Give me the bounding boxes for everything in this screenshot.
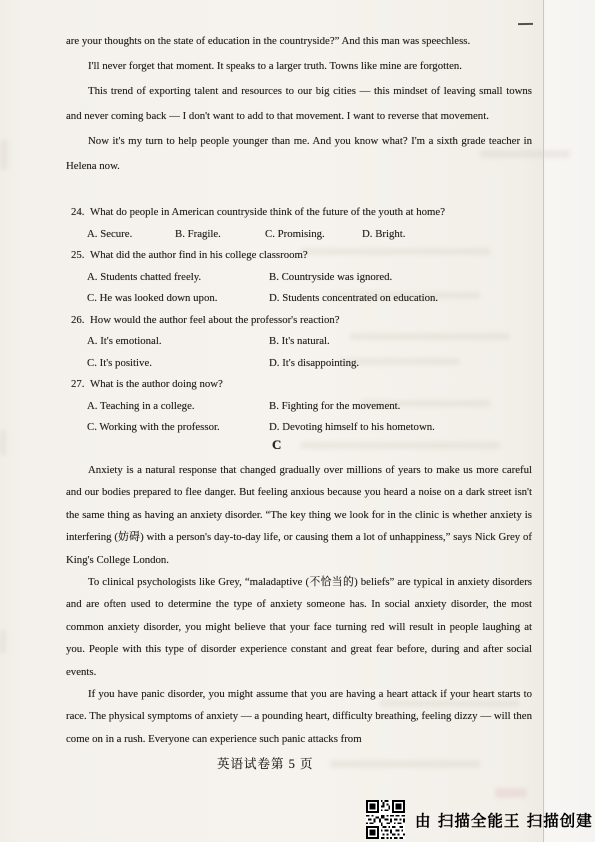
option-a: A. Students chatted freely.	[87, 267, 269, 289]
question-text: What is the author doing now?	[90, 374, 532, 396]
question-24: 24. What do people in American countrysi…	[66, 202, 532, 245]
bleed-through-smudge	[330, 760, 480, 768]
scan-seam-line	[543, 0, 544, 842]
question-stem: 25. What did the author find in his coll…	[66, 245, 532, 267]
passage-paragraph: If you have panic disorder, you might as…	[66, 683, 532, 750]
option-a: A. It's emotional.	[87, 331, 269, 353]
passage-section-c: Anxiety is a natural response that chang…	[66, 459, 532, 750]
option-c: C. Working with the professor.	[87, 417, 269, 439]
passage-paragraph: Now it's my turn to help people younger …	[66, 129, 532, 179]
option-d: D. It's disappointing.	[269, 353, 532, 375]
page-footer-label: 英语试卷第 5 页	[217, 754, 314, 772]
option-a: A. Secure.	[87, 224, 175, 246]
question-26: 26. How would the author feel about the …	[66, 310, 532, 375]
bleed-through-smudge	[495, 788, 527, 798]
option-grid: A. Students chatted freely. B. Countrysi…	[66, 267, 532, 310]
option-row: A. Secure. B. Fragile. C. Promising. D. …	[66, 224, 532, 246]
option-c: C. Promising.	[265, 224, 362, 246]
passage-paragraph: I'll never forget that moment. It speaks…	[66, 54, 532, 79]
question-25: 25. What did the author find in his coll…	[66, 245, 532, 310]
option-b: B. Fighting for the movement.	[269, 396, 532, 418]
passage-paragraph: are your thoughts on the state of educat…	[66, 29, 532, 54]
passage-section-b: are your thoughts on the state of educat…	[66, 29, 532, 179]
edge-smudge	[0, 630, 6, 654]
passage-paragraph: This trend of exporting talent and resou…	[66, 79, 532, 129]
edge-smudge	[0, 430, 6, 456]
question-stem: 26. How would the author feel about the …	[66, 310, 532, 332]
option-d: D. Students concentrated on education.	[269, 288, 532, 310]
option-c: C. It's positive.	[87, 353, 269, 375]
passage-paragraph: To clinical psychologists like Grey, “ma…	[66, 571, 532, 683]
scanner-credit-bar: 由 扫描全能王 扫描创建	[366, 800, 593, 839]
scan-artifact-dash	[518, 23, 533, 25]
question-number: 24.	[71, 202, 90, 224]
option-grid: A. Teaching in a college. B. Fighting fo…	[66, 396, 532, 439]
option-d: D. Bright.	[362, 224, 532, 246]
question-27: 27. What is the author doing now? A. Tea…	[66, 374, 532, 439]
question-stem: 27. What is the author doing now?	[66, 374, 532, 396]
question-number: 27.	[71, 374, 90, 396]
question-text: How would the author feel about the prof…	[90, 310, 532, 332]
question-list: 24. What do people in American countrysi…	[66, 202, 532, 439]
question-text: What did the author find in his college …	[90, 245, 532, 267]
edge-smudge	[0, 140, 8, 170]
scanned-exam-page: are your thoughts on the state of educat…	[0, 0, 595, 842]
option-b: B. Fragile.	[175, 224, 265, 246]
question-number: 26.	[71, 310, 90, 332]
question-stem: 24. What do people in American countrysi…	[66, 202, 532, 224]
qr-code-icon	[366, 800, 405, 839]
question-text: What do people in American countryside t…	[90, 202, 532, 224]
option-b: B. Countryside was ignored.	[269, 267, 532, 289]
option-c: C. He was looked down upon.	[87, 288, 269, 310]
option-a: A. Teaching in a college.	[87, 396, 269, 418]
passage-paragraph: Anxiety is a natural response that chang…	[66, 459, 532, 571]
option-b: B. It's natural.	[269, 331, 532, 353]
scanner-credit-text: 由 扫描全能王 扫描创建	[415, 809, 593, 831]
section-c-heading: C	[44, 437, 510, 453]
option-grid: A. It's emotional. B. It's natural. C. I…	[66, 331, 532, 374]
question-number: 25.	[71, 245, 90, 267]
option-d: D. Devoting himself to his hometown.	[269, 417, 532, 439]
